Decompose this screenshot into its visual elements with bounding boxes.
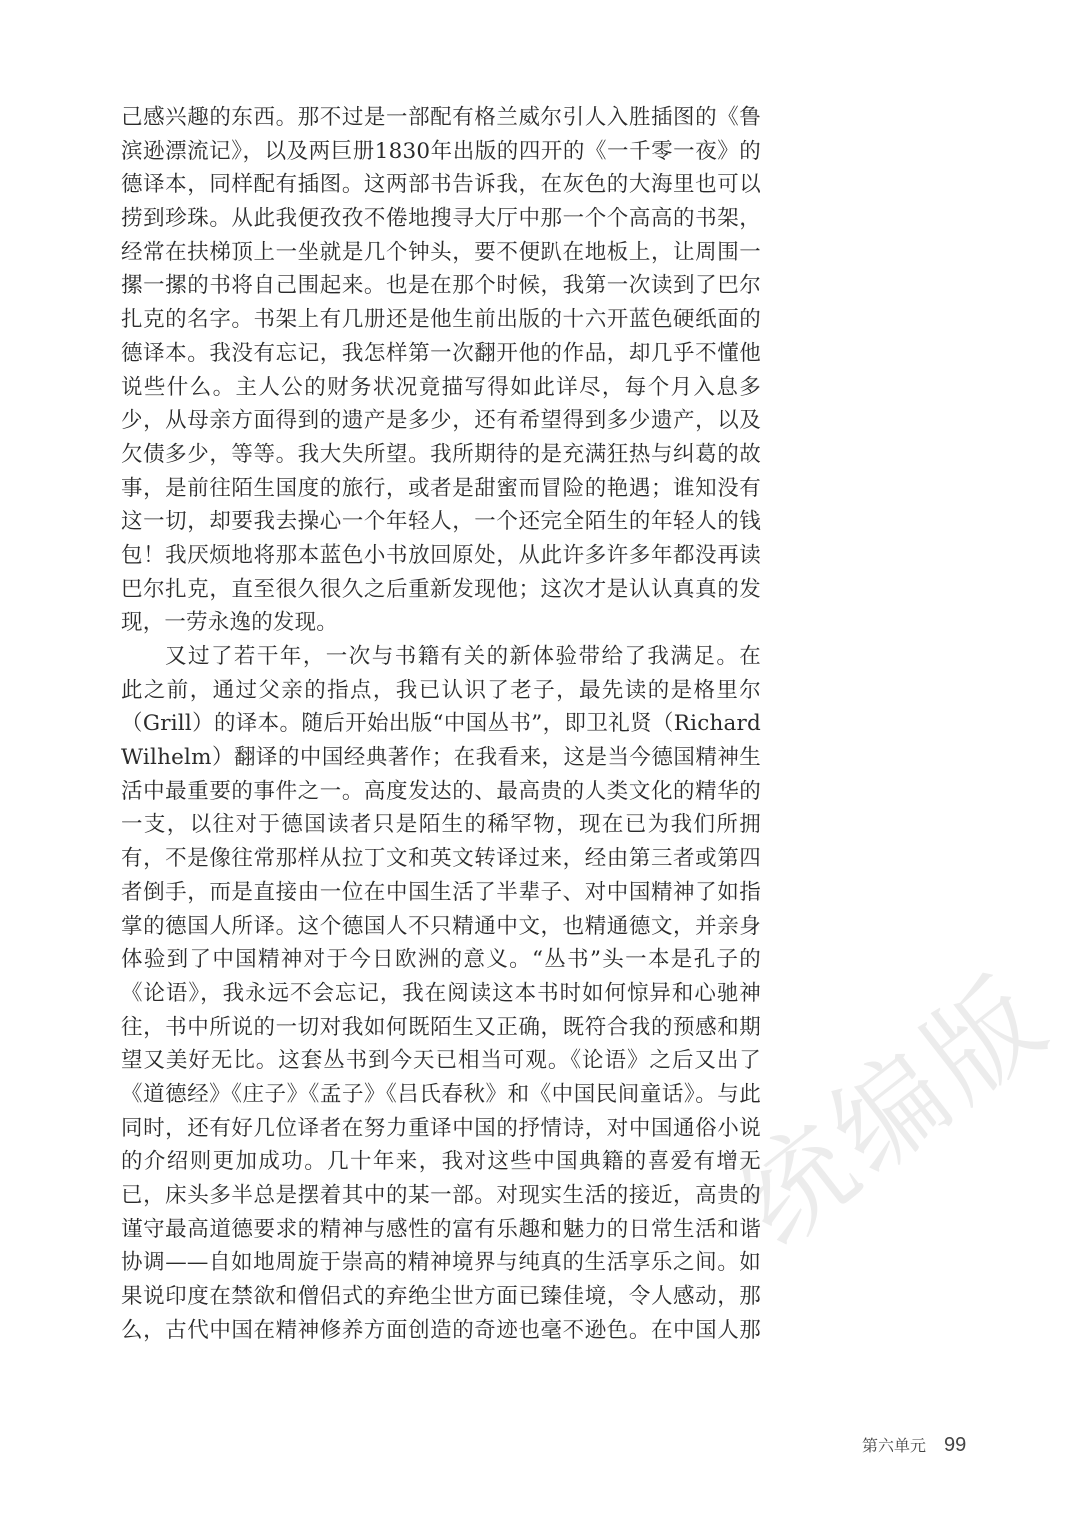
body-text: 己感兴趣的东西。那不过是一部配有格兰威尔引人入胜插图的《鲁 滨逊漂流记》，以及两… bbox=[121, 101, 761, 1347]
text-line: 的介绍则更加成功。几十年来，我对这些中国典籍的喜爱有增无 bbox=[121, 1145, 761, 1179]
text-line: 捞到珍珠。从此我便孜孜不倦地搜寻大厅中那一个个高高的书架， bbox=[121, 202, 761, 236]
page-footer: 第六单元 99 bbox=[862, 1433, 966, 1457]
text-line: 果说印度在禁欲和僧侣式的弃绝尘世方面已臻佳境，令人感动，那 bbox=[121, 1280, 761, 1314]
text-line: 经常在扶梯顶上一坐就是几个钟头，要不便趴在地板上，让周围一 bbox=[121, 236, 761, 270]
text-line: 扎克的名字。书架上有几册还是他生前出版的十六开蓝色硬纸面的 bbox=[121, 303, 761, 337]
text-line: 欠债多少，等等。我大失所望。我所期待的是充满狂热与纠葛的故 bbox=[121, 438, 761, 472]
text-line: 谨守最高道德要求的精神与感性的富有乐趣和魅力的日常生活和谐 bbox=[121, 1213, 761, 1247]
text-line: 同时，还有好几位译者在努力重译中国的抒情诗，对中国通俗小说 bbox=[121, 1112, 761, 1146]
text-line: 者倒手，而是直接由一位在中国生活了半辈子、对中国精神了如指 bbox=[121, 876, 761, 910]
page-number: 99 bbox=[944, 1434, 966, 1457]
text-line: 一支，以往对于德国读者只是陌生的稀罕物，现在已为我们所拥 bbox=[121, 808, 761, 842]
text-line: 滨逊漂流记》，以及两巨册1830年出版的四开的《一千零一夜》的 bbox=[121, 135, 761, 169]
text-line: 德译本，同样配有插图。这两部书告诉我，在灰色的大海里也可以 bbox=[121, 168, 761, 202]
text-line: 体验到了中国精神对于今日欧洲的意义。“丛书”头一本是孔子的 bbox=[121, 943, 761, 977]
text-line: 现，一劳永逸的发现。 bbox=[121, 606, 761, 640]
text-line: 么，古代中国在精神修养方面创造的奇迹也毫不逊色。在中国人那 bbox=[121, 1314, 761, 1348]
text-line: 活中最重要的事件之一。高度发达的、最高贵的人类文化的精华的 bbox=[121, 775, 761, 809]
text-line: 己感兴趣的东西。那不过是一部配有格兰威尔引人入胜插图的《鲁 bbox=[121, 101, 761, 135]
text-line: 又过了若干年，一次与书籍有关的新体验带给了我满足。在 bbox=[121, 640, 761, 674]
text-line: 《道德经》《庄子》《孟子》《吕氏春秋》和《中国民间童话》。与此 bbox=[121, 1078, 761, 1112]
text-line: 这一切，却要我去操心一个年轻人，一个还完全陌生的年轻人的钱 bbox=[121, 505, 761, 539]
text-line: 巴尔扎克，直至很久很久之后重新发现他；这次才是认认真真的发 bbox=[121, 573, 761, 607]
paragraph-1: 己感兴趣的东西。那不过是一部配有格兰威尔引人入胜插图的《鲁 滨逊漂流记》，以及两… bbox=[121, 101, 761, 640]
text-line: 说些什么。主人公的财务状况竟描写得如此详尽，每个月入息多 bbox=[121, 371, 761, 405]
text-line: 往，书中所说的一切对我如何既陌生又正确，既符合我的预感和期 bbox=[121, 1011, 761, 1045]
text-line: 望又美好无比。这套丛书到今天已相当可观。《论语》之后又出了 bbox=[121, 1044, 761, 1078]
text-line: Wilhelm）翻译的中国经典著作；在我看来，这是当今德国精神生 bbox=[121, 741, 761, 775]
paragraph-2: 又过了若干年，一次与书籍有关的新体验带给了我满足。在 此之前，通过父亲的指点，我… bbox=[121, 640, 761, 1347]
text-line: 掌的德国人所译。这个德国人不只精通中文，也精通德文，并亲身 bbox=[121, 910, 761, 944]
text-line: 《论语》，我永远不会忘记，我在阅读这本书时如何惊异和心驰神 bbox=[121, 977, 761, 1011]
text-line: 少，从母亲方面得到的遗产是多少，还有希望得到多少遗产，以及 bbox=[121, 404, 761, 438]
text-line: 此之前，通过父亲的指点，我已认识了老子，最先读的是格里尔 bbox=[121, 674, 761, 708]
text-line: 事，是前往陌生国度的旅行，或者是甜蜜而冒险的艳遇；谁知没有 bbox=[121, 472, 761, 506]
unit-label: 第六单元 bbox=[862, 1433, 926, 1456]
text-line: 包！我厌烦地将那本蓝色小书放回原处，从此许多许多年都没再读 bbox=[121, 539, 761, 573]
text-line: 协调——自如地周旋于崇高的精神境界与纯真的生活享乐之间。如 bbox=[121, 1246, 761, 1280]
text-line: 已，床头多半总是摆着其中的某一部。对现实生活的接近，高贵的 bbox=[121, 1179, 761, 1213]
text-line: 有，不是像往常那样从拉丁文和英文转译过来，经由第三者或第四 bbox=[121, 842, 761, 876]
text-line: 摞一摞的书将自己围起来。也是在那个时候，我第一次读到了巴尔 bbox=[121, 269, 761, 303]
text-line: 德译本。我没有忘记，我怎样第一次翻开他的作品，却几乎不懂他 bbox=[121, 337, 761, 371]
text-line: （Grill）的译本。随后开始出版“中国丛书”，即卫礼贤（Richard bbox=[121, 707, 761, 741]
